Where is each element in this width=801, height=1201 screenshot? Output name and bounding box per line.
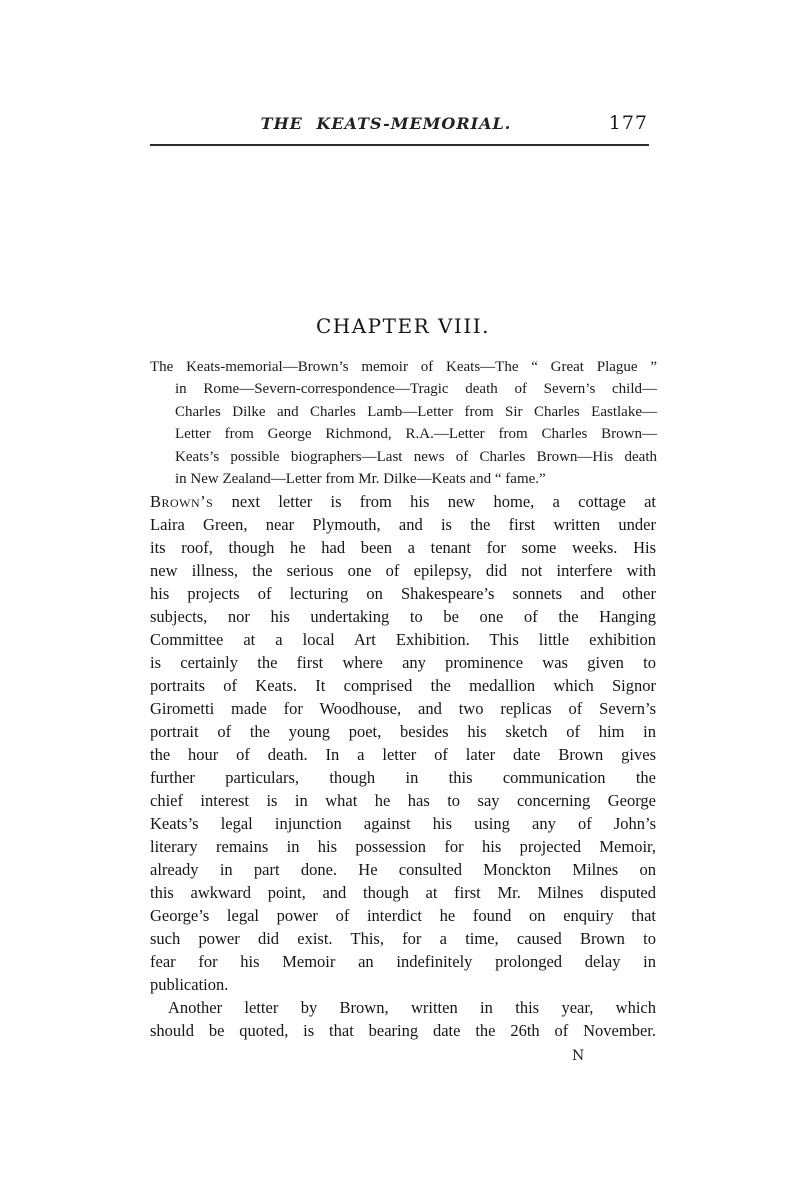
text-line: George’s legal power of interdict he fou…	[150, 904, 656, 927]
text-line: Committee at a local Art Exhibition. Thi…	[150, 628, 656, 651]
text-line: portraits of Keats. It comprised the med…	[150, 674, 656, 697]
text-line: Letter from George Richmond, R.A.—Letter…	[150, 423, 657, 445]
paragraph-1-lines: Laira Green, near Plymouth, and is the f…	[150, 513, 656, 996]
text-line: new illness, the serious one of epilepsy…	[150, 559, 656, 582]
text-line: subjects, nor his undertaking to be one …	[150, 605, 656, 628]
paragraph-1: Brown’s next letter is from his new home…	[150, 490, 656, 996]
text-line: its roof, though he had been a tenant fo…	[150, 536, 656, 559]
printer-signature-mark: N	[572, 1048, 585, 1064]
text-line: fear for his Memoir an indefinitely prol…	[150, 950, 656, 973]
text-line: Laira Green, near Plymouth, and is the f…	[150, 513, 656, 536]
text-line: in Rome—Severn-correspondence—Tragic dea…	[150, 378, 657, 400]
text-line: should be quoted, is that bearing date t…	[150, 1019, 656, 1042]
text-line: this awkward point, and though at first …	[150, 881, 656, 904]
body-text: Brown’s next letter is from his new home…	[150, 490, 656, 1042]
opening-word-smallcaps: Brown’s	[150, 492, 213, 511]
text-line: such power did exist. This, for a time, …	[150, 927, 656, 950]
text-line: Girometti made for Woodhouse, and two re…	[150, 697, 656, 720]
running-head-title: THE KEATS-MEMORIAL.	[150, 114, 622, 133]
text-line: chief interest is in what he has to say …	[150, 789, 656, 812]
text-line: Charles Dilke and Charles Lamb—Letter fr…	[150, 401, 657, 423]
header-rule-divider	[150, 144, 649, 146]
text-line: portrait of the young poet, besides his …	[150, 720, 656, 743]
text-line: in New Zealand—Letter from Mr. Dilke—Kea…	[150, 468, 657, 490]
chapter-summary: The Keats-memorial—Brown’s memoir of Kea…	[150, 356, 657, 490]
text-line: literary remains in his possession for h…	[150, 835, 656, 858]
text-line: further particulars, though in this comm…	[150, 766, 656, 789]
text-line: The Keats-memorial—Brown’s memoir of Kea…	[150, 356, 657, 378]
text-line: Keats’s legal injunction against his usi…	[150, 812, 656, 835]
text-line: Brown’s next letter is from his new home…	[150, 490, 656, 513]
text-line: publication.	[150, 973, 656, 996]
paragraph-2: Another letter by Brown, written in this…	[150, 996, 656, 1042]
text-line: the hour of death. In a letter of later …	[150, 743, 656, 766]
first-line-rest: next letter is from his new home, a cott…	[232, 492, 656, 511]
book-page: THE KEATS-MEMORIAL. 177 CHAPTER VIII. Th…	[0, 0, 801, 1201]
chapter-heading: CHAPTER VIII.	[150, 314, 656, 338]
page-header: THE KEATS-MEMORIAL. 177	[150, 112, 650, 140]
text-line: Another letter by Brown, written in this…	[150, 996, 656, 1019]
text-line: Keats’s possible biographers—Last news o…	[150, 446, 657, 468]
text-line: already in part done. He consulted Monck…	[150, 858, 656, 881]
page-number: 177	[609, 112, 648, 134]
text-line: is certainly the first where any promine…	[150, 651, 656, 674]
text-line: his projects of lecturing on Shakespeare…	[150, 582, 656, 605]
